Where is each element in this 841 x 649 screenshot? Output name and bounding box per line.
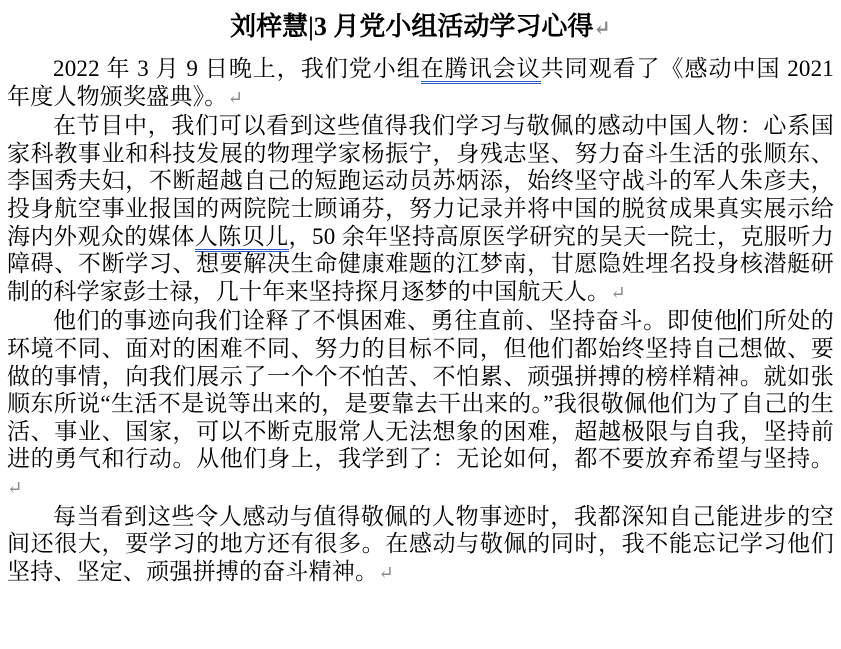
document-title-text: 刘梓慧|3 月党小组活动学习心得 — [230, 12, 593, 41]
paragraph-mark-icon: ↵ — [228, 88, 243, 108]
document-body[interactable]: 2022 年 3 月 9 日晚上，我们党小组在腾讯会议共同观看了《感动中国 20… — [7, 55, 834, 587]
paragraph[interactable]: 2022 年 3 月 9 日晚上，我们党小组在腾讯会议共同观看了《感动中国 20… — [7, 55, 834, 112]
paragraph[interactable]: 他们的事迹向我们诠释了不惧困难、勇往直前、坚持奋斗。即使他们所处的环境不同、面对… — [7, 307, 834, 502]
document-title[interactable]: 刘梓慧|3 月党小组活动学习心得↵ — [7, 10, 834, 46]
paragraph-mark-icon: ↵ — [378, 563, 393, 583]
document-page: 刘梓慧|3 月党小组活动学习心得↵ 2022 年 3 月 9 日晚上，我们党小组… — [0, 0, 841, 649]
paragraph-mark-icon: ↵ — [593, 17, 610, 40]
paragraph-text: 每当看到这些令人感动与值得敬佩的人物事迹时，我都深知自己能进步的空间还很大，要学… — [7, 504, 834, 584]
hyperlink-text[interactable]: 人陈贝儿 — [195, 224, 289, 252]
paragraph[interactable]: 在节目中，我们可以看到这些值得我们学习与敬佩的感动中国人物：心系国家科教事业和科… — [7, 112, 834, 307]
paragraph-text: 2022 年 3 月 9 日晚上，我们党小组 — [53, 56, 421, 81]
paragraph-mark-icon: ↵ — [610, 283, 625, 303]
paragraph-mark-icon: ↵ — [7, 478, 22, 498]
paragraph-text: 他们的事迹向我们诠释了不惧困难、勇往直前、坚持奋斗。即使他 — [53, 308, 738, 333]
hyperlink-text[interactable]: 在腾讯会议 — [421, 56, 541, 84]
paragraph[interactable]: 每当看到这些令人感动与值得敬佩的人物事迹时，我都深知自己能进步的空间还很大，要学… — [7, 503, 834, 588]
